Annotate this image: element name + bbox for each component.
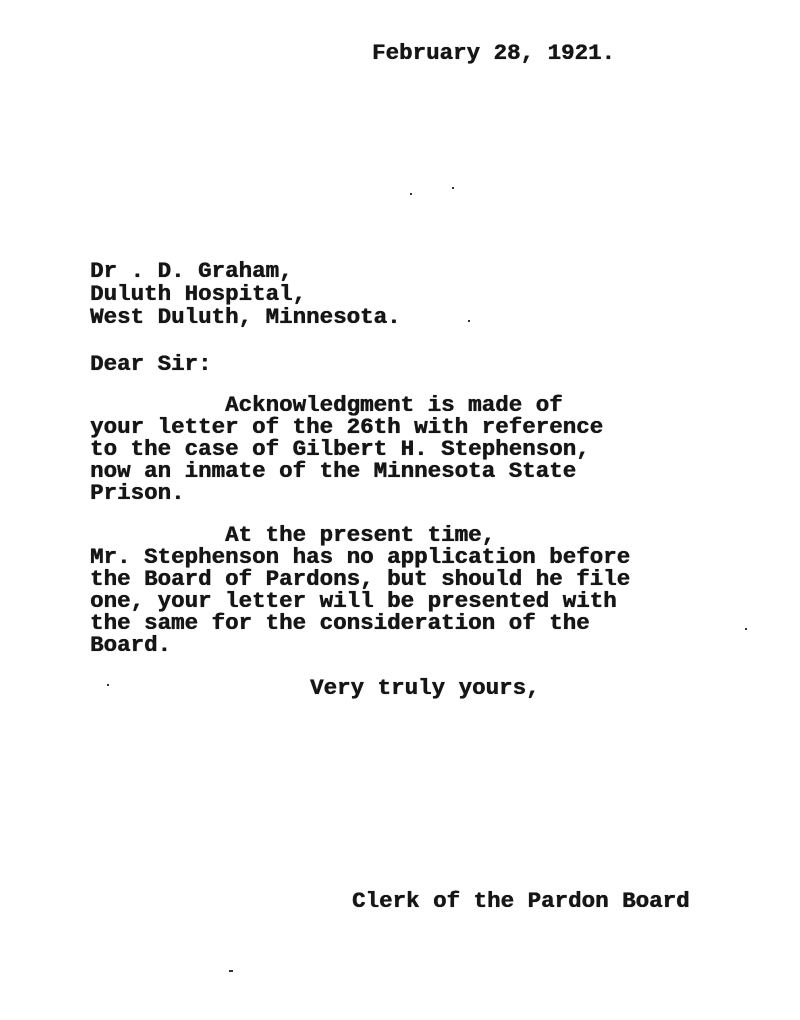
salutation: Dear Sir: <box>90 353 212 375</box>
paragraph-line: to the case of Gilbert H. Stephenson, <box>90 438 590 460</box>
recipient-institution: Duluth Hospital, <box>90 283 306 305</box>
paragraph-line: Board. <box>90 634 171 656</box>
paragraph-line: one, your letter will be presented with <box>90 590 617 612</box>
paragraph-line: your letter of the 26th with reference <box>90 416 603 438</box>
paragraph-line: the same for the consideration of the <box>90 612 590 634</box>
paragraph-line: Prison. <box>90 482 185 504</box>
scan-speck <box>410 193 412 195</box>
letter-date: February 28, 1921. <box>372 42 615 64</box>
recipient-name: Dr . D. Graham, <box>90 260 293 282</box>
scan-speck <box>468 320 470 322</box>
paragraph-line: Mr. Stephenson has no application before <box>90 546 630 568</box>
paragraph-line: now an inmate of the Minnesota State <box>90 460 576 482</box>
closing: Very truly yours, <box>310 677 540 699</box>
paragraph-line: At the present time, <box>90 524 495 546</box>
paragraph-line: Acknowledgment is made of <box>90 394 563 416</box>
recipient-location: West Duluth, Minnesota. <box>90 306 401 328</box>
scan-speck <box>452 187 454 189</box>
scan-speck <box>107 684 109 686</box>
scan-speck <box>745 628 747 630</box>
scan-speck <box>229 970 233 972</box>
signature-title: Clerk of the Pardon Board <box>352 890 690 912</box>
paragraph-line: the Board of Pardons, but should he file <box>90 568 630 590</box>
